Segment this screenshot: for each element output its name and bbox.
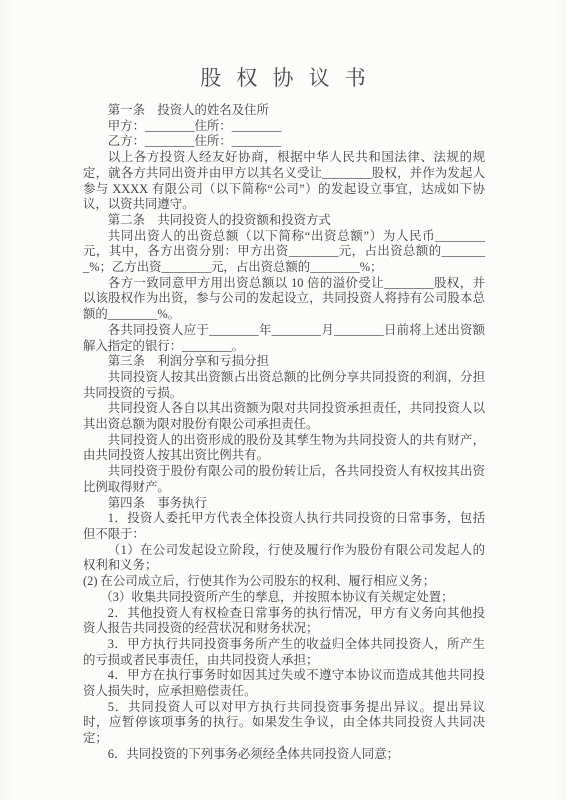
profit-sharing-paragraph: 共同投资人按其出资额占出资总额的比例分享共同投资的利润，分担共同投资的亏损。 (83, 370, 485, 401)
preamble-paragraph: 以上各方投资人经友好协商，根据中华人民共和国法律、法规的规定，就各方共同出资并由… (83, 150, 485, 213)
premium-transfer-paragraph: 各方一致同意甲方用出资总额以 10 倍的溢价受让________股权，并以该股权… (83, 276, 485, 323)
item-3-paragraph: 3．甲方执行共同投资事务所产生的收益归全体共同投资人，所产生的亏损或者民事责任，… (83, 637, 485, 668)
document-body: 第一条 投资人的姓名及住所 甲方：________住所：________ 乙方：… (83, 103, 485, 763)
share-transfer-paragraph: 共同投资于股份有限公司的股份转让后，各共同投资人有权按其出资比例取得财产。 (83, 464, 485, 495)
liability-paragraph: 共同投资人各自以其出资额为限对共同投资承担责任，共同投资人以其出资总额为限对股份… (83, 401, 485, 432)
page-number: 1 (0, 742, 566, 757)
party-b-line: 乙方：________住所：________ (83, 134, 485, 150)
capital-contribution-paragraph: 共同出资人的出资总额（以下简称“出资总额”）为人民币________元，其中，各… (83, 229, 485, 276)
item-1-paragraph: 1．投资人委托甲方代表全体投资人执行共同投资的日常事务，包括但不限于： (83, 511, 485, 542)
item-1-sub-3-paragraph: （3）收集共同投资所产生的孳息，并按照本协议有关规定处置； (83, 590, 485, 606)
joint-property-paragraph: 共同投资人的出资形成的股份及其孳生物为共同投资人的共有财产，由共同投资人按其出资… (83, 433, 485, 464)
item-5-paragraph: 5．共同投资人可以对甲方执行共同投资事务提出异议。提出异议时，应暂停该项事务的执… (83, 700, 485, 747)
clause-2-heading: 第二条 共同投资人的投资额和投资方式 (83, 213, 485, 229)
payment-deadline-paragraph: 各共同投资人应于________年________月________日前将上述出… (83, 323, 485, 354)
clause-1-heading: 第一条 投资人的姓名及住所 (83, 103, 485, 119)
item-1-sub-1-paragraph: （1）在公司发起设立阶段，行使及履行作为股份有限公司发起人的权利和义务； (83, 543, 485, 574)
party-a-line: 甲方：________住所：________ (83, 119, 485, 135)
clause-4-heading: 第四条 事务执行 (83, 496, 485, 512)
clause-3-heading: 第三条 利润分享和亏损分担 (83, 354, 485, 370)
document-page: 股权协议书 第一条 投资人的姓名及住所 甲方：________住所：______… (0, 0, 566, 800)
item-1-sub-2-paragraph: (2) 在公司成立后，行使其作为公司股东的权利、履行相应义务； (83, 574, 485, 590)
document-title: 股权协议书 (0, 0, 566, 92)
item-2-paragraph: 2．其他投资人有权检查日常事务的执行情况，甲方有义务向其他投资人报告共同投资的经… (83, 606, 485, 637)
item-4-paragraph: 4．甲方在执行事务时如因其过失或不遵守本协议而造成其他共同投资人损失时，应承担赔… (83, 668, 485, 699)
